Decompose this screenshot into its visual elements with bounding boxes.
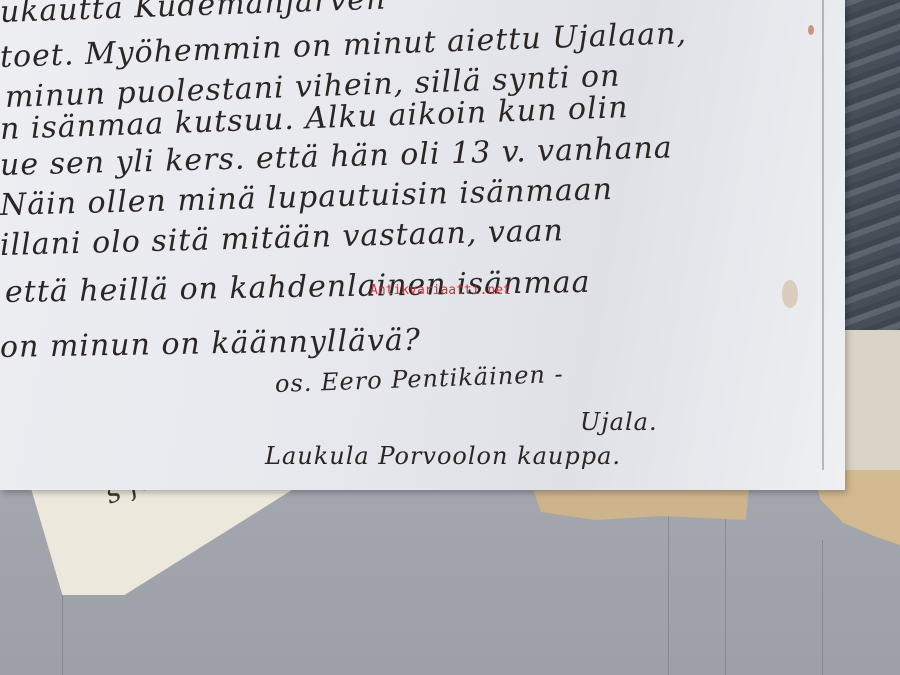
- letter-sheet: ukautta Kudemanjärven toet. Myöhemmin on…: [0, 0, 845, 490]
- paper-stain: [808, 25, 814, 35]
- letter-line-9: on minun on käännyllävä?: [0, 323, 421, 365]
- watermark-text: Antikvariaatti.net: [370, 283, 511, 298]
- letter-line-1: ukautta Kudemanjärven: [0, 0, 387, 30]
- backing-line: [725, 510, 726, 675]
- letter-address: Laukula Porvoolon kauppa.: [265, 442, 621, 470]
- backing-line: [822, 540, 823, 675]
- paper-stain: [782, 280, 798, 308]
- letter-signature: os. Eero Pentikäinen -: [275, 360, 565, 398]
- letter-place: Ujala.: [580, 408, 658, 436]
- paper-fold-crease: [822, 0, 824, 470]
- backing-line: [668, 510, 669, 675]
